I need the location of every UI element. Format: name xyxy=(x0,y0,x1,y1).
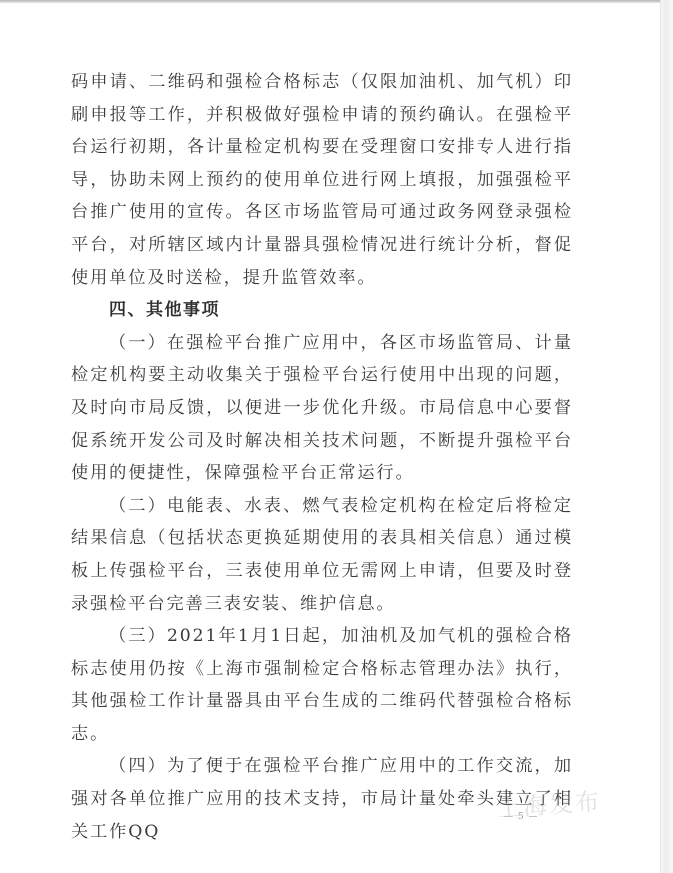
list-item-3: （三）2021年1月1日起，加油机及加气机的强检合格标志使用仍按《上海市强制检定… xyxy=(71,620,573,750)
document-page: 码申请、二维码和强检合格标志（仅限加油机、加气机）印刷申报等工作，并积极做好强检… xyxy=(71,66,573,848)
page-top-border xyxy=(0,0,673,3)
page-number: — 5 — xyxy=(504,812,538,822)
page-right-edge xyxy=(660,0,673,873)
section-heading: 四、其他事项 xyxy=(71,294,573,327)
paragraph-continued: 码申请、二维码和强检合格标志（仅限加油机、加气机）印刷申报等工作，并积极做好强检… xyxy=(71,66,573,294)
list-item-1: （一）在强检平台推广应用中，各区市场监管局、计量检定机构要主动收集关于强检平台运… xyxy=(71,327,573,490)
list-item-2: （二）电能表、水表、燃气表检定机构在检定后将检定结果信息（包括状态更换延期使用的… xyxy=(71,490,573,620)
